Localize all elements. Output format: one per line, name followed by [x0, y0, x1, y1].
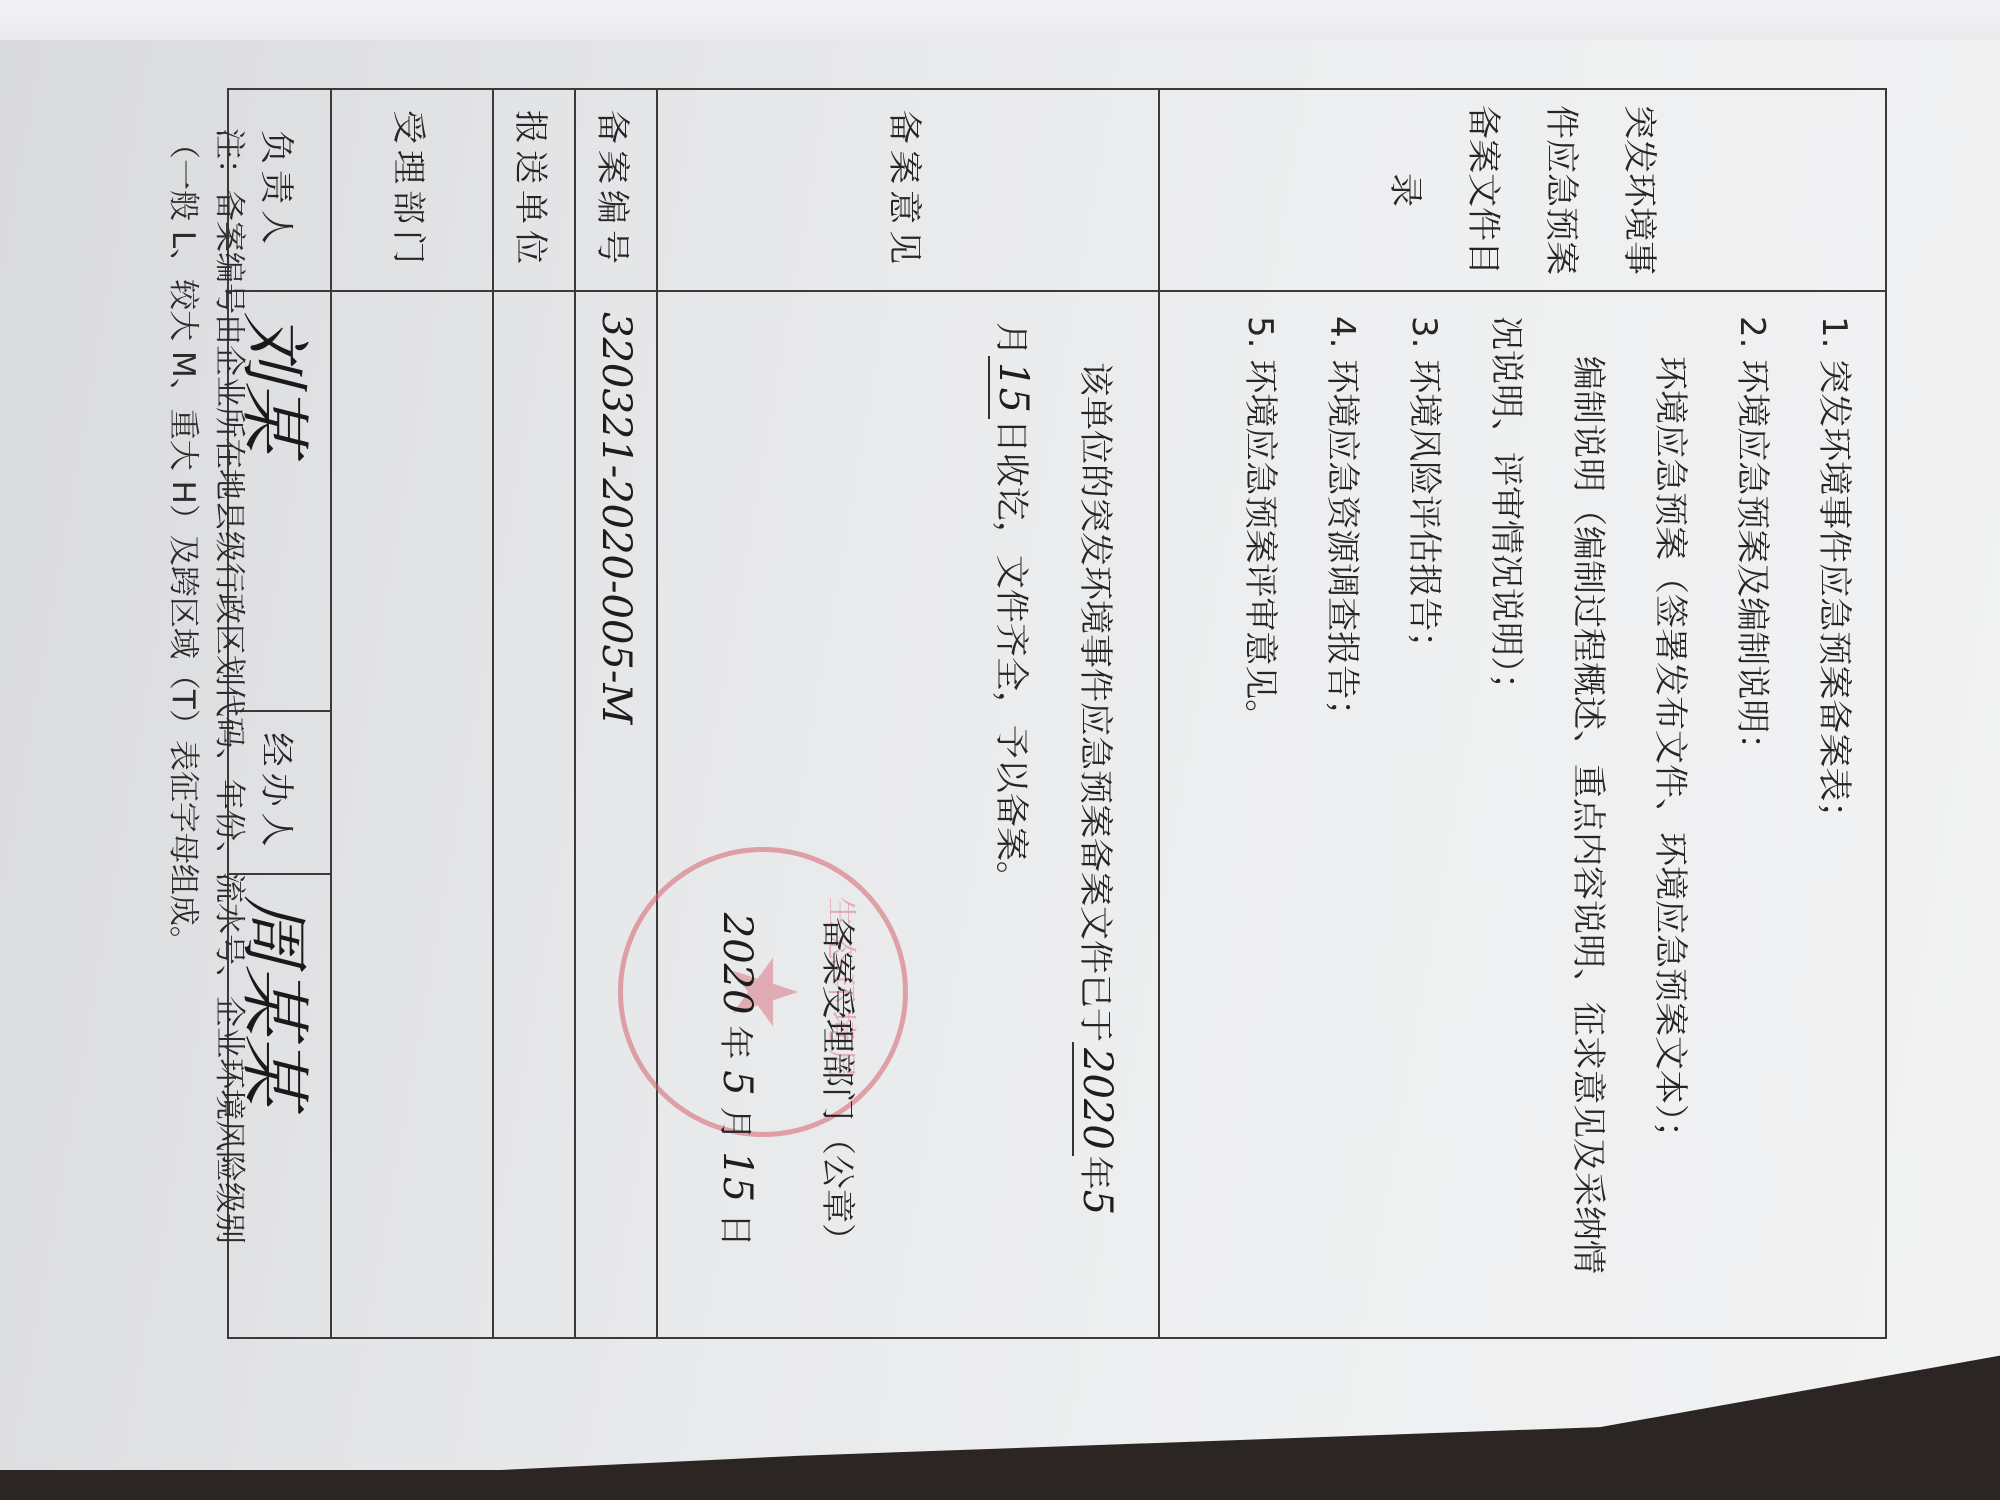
year-char: 年 — [715, 1025, 755, 1059]
seal-date-month: 5 — [714, 1070, 760, 1095]
directory-item: 5. 环境应急预案评审意见。 — [1219, 316, 1301, 1313]
received-day: 15 — [988, 356, 1036, 419]
month-char: 月 — [991, 322, 1031, 356]
rotated-page: 突发环境事 件应急预案 备案文件目 录 1. 突发环境事件应急预案备案表； 2.… — [262, 88, 1887, 1337]
dept-seal-label: 备案受理部门（公章） — [796, 917, 878, 1257]
directory-label-cell: 突发环境事 件应急预案 备案文件目 录 — [1159, 89, 1886, 291]
opinion-text: 该单位的突发环境事件应急预案备案文件已于2020年5 — [1054, 322, 1138, 1307]
year-char: 年 — [1075, 1156, 1115, 1190]
directory-item: 环境应急预案（签署发布文件、环境应急预案文本）； — [1629, 316, 1711, 1313]
month-char: 月 — [715, 1106, 755, 1140]
directory-item: 4. 环境应急资源调查报告； — [1301, 316, 1383, 1313]
row-accepting-dept: 受理部门 — [331, 89, 493, 1338]
filing-number-value: 320321-2020-005-M — [575, 291, 657, 1338]
directory-list: 1. 突发环境事件应急预案备案表； 2. 环境应急预案及编制说明： 环境应急预案… — [1159, 291, 1886, 1338]
accepting-dept-value — [331, 291, 493, 1338]
directory-item: 编制说明（编制过程概述、重点内容说明、征求意见及采纳情 — [1547, 316, 1629, 1313]
received-month: 5 — [1074, 1190, 1120, 1215]
row-submitting-unit: 报送单位 — [493, 89, 575, 1338]
opinion-label: 备案意见 — [657, 89, 1159, 291]
submitting-unit-label: 报送单位 — [493, 89, 575, 291]
directory-label-line: 录 — [1367, 90, 1445, 290]
opinion-text-suffix: 日收讫，文件齐全，予以备案。 — [991, 419, 1031, 895]
day-char: 日 — [715, 1213, 755, 1247]
filing-number-label: 备案编号 — [575, 89, 657, 291]
directory-item: 2. 环境应急预案及编制说明： — [1711, 316, 1793, 1313]
opinion-cell: 该单位的突发环境事件应急预案备案文件已于2020年5 月15日收讫，文件齐全，予… — [657, 291, 1159, 1338]
row-directory: 突发环境事 件应急预案 备案文件目 录 1. 突发环境事件应急预案备案表； 2.… — [1159, 89, 1886, 1338]
footnote: 注：备案编号由企业所在地县级行政区划代码、年份、流水号、企业环境风险级别 （一般… — [160, 88, 252, 1337]
footnote-line1: 注：备案编号由企业所在地县级行政区划代码、年份、流水号、企业环境风险级别 — [206, 128, 252, 1337]
directory-item: 况说明、评审情况说明）； — [1465, 316, 1547, 1313]
accepting-dept-label: 受理部门 — [331, 89, 493, 291]
opinion-text-line2: 月15日收讫，文件齐全，予以备案。 — [970, 322, 1054, 1307]
submitting-unit-value — [493, 291, 575, 1338]
directory-label-line: 备案文件目 — [1445, 90, 1523, 290]
seal-date-year: 2020 — [714, 913, 760, 1015]
received-year: 2020 — [1072, 1042, 1120, 1156]
directory-label-line: 件应急预案 — [1523, 90, 1601, 290]
filing-form: 突发环境事 件应急预案 备案文件目 录 1. 突发环境事件应急预案备案表； 2.… — [262, 88, 1887, 1337]
directory-item: 3. 环境风险评估报告； — [1383, 316, 1465, 1313]
row-opinion: 备案意见 该单位的突发环境事件应急预案备案文件已于2020年5 月15日收讫，文… — [657, 89, 1159, 1338]
seal-date-day: 15 — [714, 1151, 760, 1202]
filing-table: 突发环境事 件应急预案 备案文件目 录 1. 突发环境事件应急预案备案表； 2.… — [227, 88, 1887, 1339]
directory-label-line: 突发环境事 — [1601, 90, 1679, 290]
opinion-text-prefix: 该单位的突发环境事件应急预案备案文件已于 — [1075, 362, 1115, 1042]
footnote-line2: （一般 L、较大 M、重大 H）及跨区域（T）表征字母组成。 — [160, 128, 206, 1337]
directory-item: 1. 突发环境事件应急预案备案表； — [1793, 316, 1875, 1313]
seal-date: 2020 年 5 月 15 日 — [694, 913, 778, 1247]
row-filing-number: 备案编号 320321-2020-005-M — [575, 89, 657, 1338]
